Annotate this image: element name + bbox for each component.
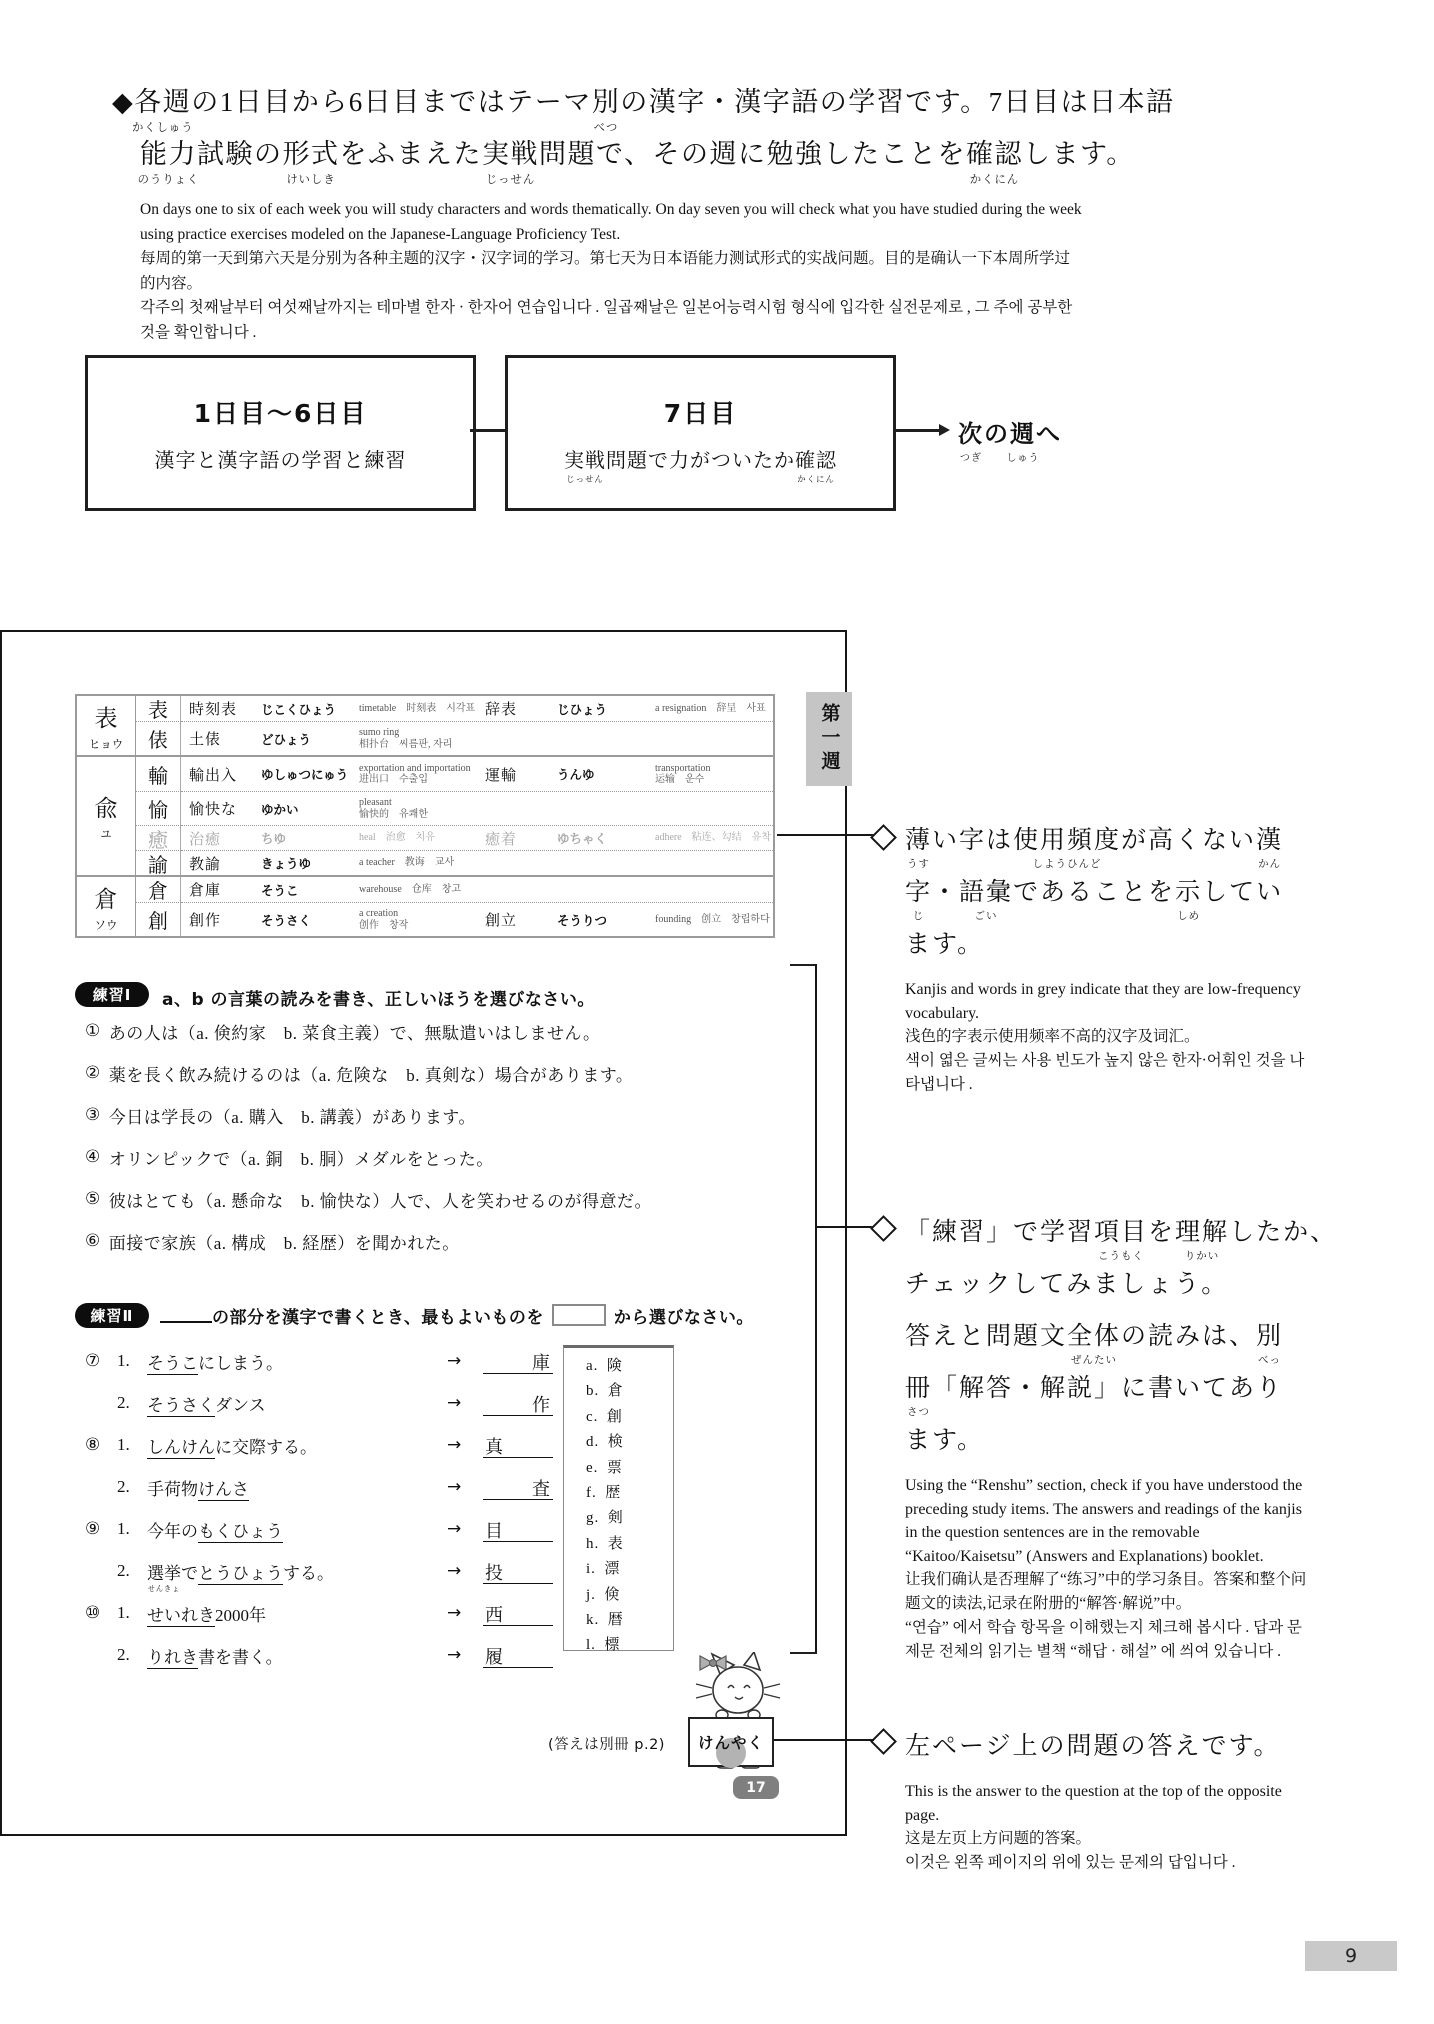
diamond-icon [870,1728,897,1755]
renshu1-item: ①あの人は（a. 倹約家 b. 菜食主義）で、無駄遣いはしません。 [85,1010,652,1052]
flow-box2-title: 7日目 [664,394,737,430]
annotation3-chinese: 这是左页上方问题的答案。 [905,1827,1315,1851]
kanji-option: f. 歴 [586,1481,673,1506]
flow-arrow-label: 次つぎの週しゅうへ [958,414,1062,449]
annotation-jp-line: ます。 [905,1420,1325,1472]
intro-heading-line2: 能力のうりょく試験の形式けいしきをふまえた実戦じっせん問題で、その週に勉強したこ… [140,132,1135,171]
answer-box-placeholder [552,1304,606,1326]
annotation1-chinese: 浅色的字表示使用频率不高的汉字及词汇。 [905,1025,1315,1049]
week-tab: 第一週 [806,692,852,786]
diamond-icon [870,1215,897,1242]
renshu2-item: 2.選挙せんきょでとうひょうする。→投 [85,1550,553,1592]
kanji-option: g. 剣 [586,1506,673,1531]
answer-blank: 真 [483,1433,553,1458]
answer-blank: 履 [483,1643,553,1668]
kanji-group: 兪ユ輸輸出入ゆしゅつにゅうexportation and importation… [77,755,773,875]
annotation1-korean: 색이 엷은 글씨는 사용 빈도가 높지 않은 한자·어휘인 것을 나타냅니다 . [905,1049,1315,1097]
annotation2-japanese: 「練習」で学習項目こうもくを理解りかいしたか、チェックしてみましょう。答えと問題… [905,1212,1325,1472]
annotation3-japanese: 左ページ上の問題の答えです。 [905,1726,1325,1778]
flow-box-day7: 7日目 実戦じっせん問題で力がついたか確認かくにん [505,355,896,511]
answer-blank: 作 [483,1391,553,1416]
kanji-row: 癒治癒ちゆheal 治愈 치유癒着ゆちゃくadhere 粘连、勾结 유착 [136,825,773,850]
renshu1-item: ③今日は学長の（a. 購入 b. 講義）があります。 [85,1094,652,1136]
annotation2-korean: “연습” 에서 학습 항목을 이해했는지 체크해 봅시다 . 답과 문제문 전체… [905,1616,1315,1664]
annotation3-english: This is the answer to the question at th… [905,1780,1315,1827]
kanji-option: e. 票 [586,1456,673,1481]
intro-english: On days one to six of each week you will… [140,198,1085,247]
annotation-jp-line: ます。 [905,924,1325,976]
kanji-row: 諭教諭きょうゆa teacher 教诲 교사 [136,850,773,875]
annotation-jp-line: 薄うすい字は使用頻度しようひんどが高くない漢かん [905,820,1325,872]
answer-blank: 庫 [483,1349,553,1374]
blank-underline [160,1307,212,1323]
callout3-connector [772,1739,874,1741]
renshu2-items: ⑦1.そうこにしまう。→庫2.そうさくダンス→作⑧1.しんけんに交際する。→真2… [85,1340,553,1676]
kanji-option: c. 創 [586,1405,673,1430]
intro-chinese: 每周的第一天到第六天是分别为各种主题的汉字・汉字词的学习。第七天为日本语能力测试… [140,247,1085,296]
flow-arrow-head-icon [939,424,950,436]
annotation-renshu: 「練習」で学習項目こうもくを理解りかいしたか、チェックしてみましょう。答えと問題… [905,1212,1325,1664]
answer-blank: 投 [483,1559,553,1584]
annotation-jp-line: チェックしてみましょう。 [905,1264,1325,1316]
kanji-option: a. 険 [586,1354,673,1379]
mascot-sign-label: けんやく [698,1731,764,1753]
answer-blank: 査 [483,1475,553,1500]
annotation-jp-line: 字じ・語彙ごいであることを示しめしてい [905,872,1325,924]
annotation-jp-line: 「練習」で学習項目こうもくを理解りかいしたか、 [905,1212,1325,1264]
renshu1-items: ①あの人は（a. 倹約家 b. 菜食主義）で、無駄遣いはしません。②薬を長く飲み… [85,1010,652,1262]
renshu2-instruction: の部分を漢字で書くとき、最もよいものをから選びなさい。 [160,1303,754,1328]
callout2-connector [817,1226,873,1228]
renshu1-item: ⑥面接で家族（a. 構成 b. 経歴）を聞かれた。 [85,1220,652,1262]
renshu2-item: 2.そうさくダンス→作 [85,1382,553,1424]
kanji-row: 輸輸出入ゆしゅつにゅうexportation and importation进出… [136,757,773,791]
bracket-vertical-line [815,964,817,1654]
kanji-group: 倉ソウ倉倉庫そうこwarehouse 仓库 창고創創作そうさくa creatio… [77,875,773,936]
kanji-row: 俵土俵どひょうsumo ring相扑台 씨름판, 자리 [136,721,773,755]
annotation2-english: Using the “Renshu” section, check if you… [905,1474,1315,1568]
annotation-answer: 左ページ上の問題の答えです。 This is the answer to the… [905,1726,1325,1875]
renshu2-badge: 練習Ⅱ [75,1303,149,1328]
flow-box1-subtitle: 漢字と漢字語の学習と練習 [155,444,407,473]
renshu1-item: ④オリンピックで（a. 銅 b. 胴）メダルをとった。 [85,1136,652,1178]
renshu1-badge: 練習Ⅰ [75,982,149,1007]
annotation3-korean: 이것은 왼쪽 페이지의 위에 있는 문제의 답입니다 . [905,1851,1315,1875]
kanji-option: i. 漂 [586,1557,673,1582]
bracket-bottom-tick [790,1652,817,1654]
answer-blank: 西 [483,1601,553,1626]
renshu1-item: ②薬を長く飲み続けるのは（a. 危険な b. 真剣な）場合があります。 [85,1052,652,1094]
renshu1-instruction: a、b の言葉の読みを書き、正しいほうを選びなさい。 [162,985,595,1010]
intro-heading-line1: ◆各週かくしゅうの1日目から6日目まではテーマ別べつの漢字・漢字語の学習です。7… [112,80,1175,119]
callout1-connector [777,834,874,836]
kanji-option: k. 暦 [586,1608,673,1633]
renshu2-item: ⑧1.しんけんに交際する。→真 [85,1424,553,1466]
mascot-sign: けんやく [688,1717,774,1767]
kanji-table: 表ヒョウ表時刻表じこくひょうtimetable 时刻表 시각표辞表じひょうa r… [75,694,775,938]
diamond-icon [870,824,897,851]
renshu2-item: ⑩1.せいれき2000年→西 [85,1592,553,1634]
renshu2-item: ⑨1.今年のもくひょう→目 [85,1508,553,1550]
kanji-row: 倉倉庫そうこwarehouse 仓库 창고 [136,877,773,902]
flow-arrow-line [893,429,939,432]
kanji-option: h. 表 [586,1532,673,1557]
flow-box-days1to6: 1日目～6日目 漢字と漢字語の学習と練習 [85,355,476,511]
kanji-option: d. 検 [586,1430,673,1455]
kanji-options-box: a. 険b. 倉c. 創d. 検e. 票f. 歴g. 剣h. 表i. 漂j. 倹… [563,1345,674,1651]
annotation-jp-line: 冊さつ「解答・解説」に書いてあり [905,1368,1325,1420]
renshu1-item: ⑤彼はとても（a. 懸命な b. 愉快な）人で、人を笑わせるのが得意だ。 [85,1178,652,1220]
annotation1-japanese: 薄うすい字は使用頻度しようひんどが高くない漢かん字じ・語彙ごいであることを示しめ… [905,820,1325,976]
annotation-jp-line: 左ページ上の問題の答えです。 [905,1726,1325,1778]
renshu2-item: 2.手荷物けんさ→査 [85,1466,553,1508]
flow-box1-title: 1日目～6日目 [194,394,368,430]
renshu2-item: ⑦1.そうこにしまう。→庫 [85,1340,553,1382]
flow-connector-line [470,429,505,432]
page-number: 9 [1305,1941,1397,1971]
kanji-row: 表時刻表じこくひょうtimetable 时刻表 시각표辞表じひょうa resig… [136,696,773,721]
kanji-option: j. 倹 [586,1583,673,1608]
answer-blank: 目 [483,1517,553,1542]
kanji-option: l. 標 [586,1633,673,1658]
textbook-page: ◆各週かくしゅうの1日目から6日目まではテーマ別べつの漢字・漢字語の学習です。7… [0,0,1434,2024]
intro-translations: On days one to six of each week you will… [140,198,1085,345]
kanji-row: 創創作そうさくa creation创作 창작創立そうりつfounding 创立 … [136,902,773,936]
annotation-jp-line: 答えと問題文全体ぜんたいの読みは、別べっ [905,1316,1325,1368]
kanji-option: b. 倉 [586,1379,673,1404]
kanji-group: 表ヒョウ表時刻表じこくひょうtimetable 时刻表 시각표辞表じひょうa r… [77,696,773,755]
annotation1-english: Kanjis and words in grey indicate that t… [905,978,1315,1025]
flow-box2-subtitle: 実戦じっせん問題で力がついたか確認かくにん [564,444,837,473]
renshu2-item: 2.りれき書を書く。→履 [85,1634,553,1676]
kanji-row: 愉愉快なゆかいpleasant愉快的 유쾌한 [136,791,773,825]
annotation2-chinese: 让我们确认是否理解了“练习”中的学习条目。答案和整个问题文的读法,记录在附册的“… [905,1568,1315,1616]
bracket-top-tick [790,964,817,966]
intro-korean: 각주의 첫째날부터 여섯째날까지는 테마별 한자 · 한자어 연습입니다 . 일… [140,296,1085,345]
sample-page-number: 17 [733,1776,779,1799]
answer-note: (答えは別冊 p.2) [548,1733,665,1754]
annotation-grey-kanji: 薄うすい字は使用頻度しようひんどが高くない漢かん字じ・語彙ごいであることを示しめ… [905,820,1325,1097]
